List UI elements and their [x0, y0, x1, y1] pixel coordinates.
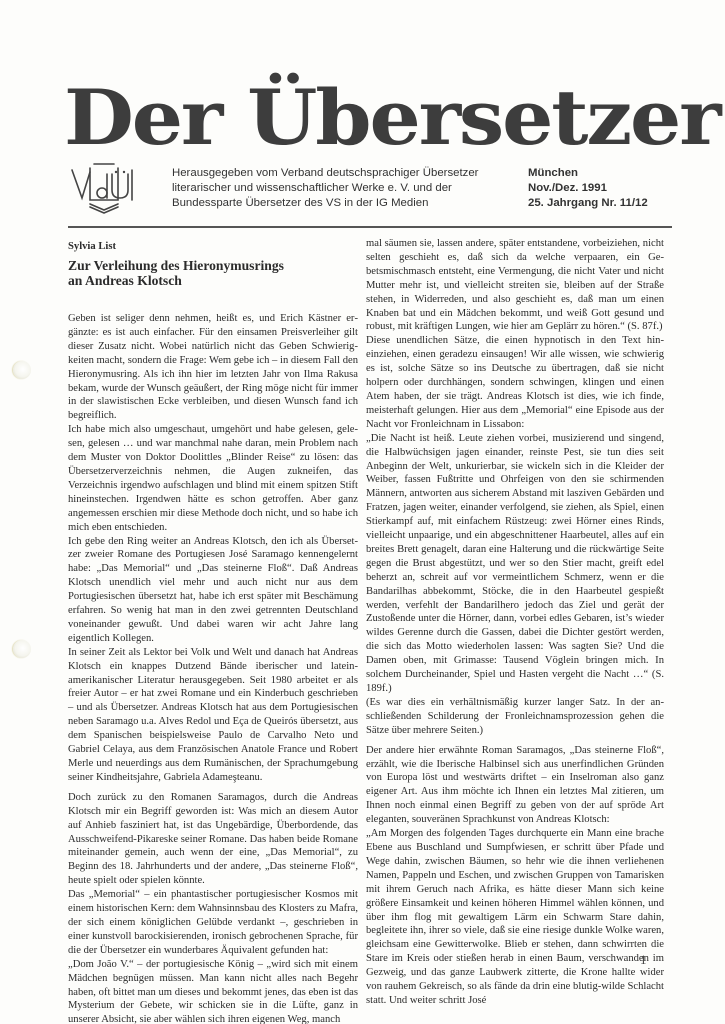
headline-line: Zur Verleihung des Hieronymusrings [68, 258, 358, 273]
article-author: Sylvia List [68, 240, 358, 253]
issue-info: München Nov./Dez. 1991 25. Jahrgang Nr. … [528, 166, 688, 211]
issue-date: Nov./Dez. 1991 [528, 181, 688, 196]
paragraph: Geben ist seliger denn nehmen, heißt es,… [68, 312, 358, 423]
paragraph: Der andere hier erwähnte Roman Saramagos… [366, 744, 664, 827]
paragraph: „Dom João V.“ – der portugiesische König… [68, 958, 358, 1024]
publisher-line: literarischer und wissenschaftlicher Wer… [172, 181, 512, 196]
punch-hole-top [13, 361, 31, 379]
paragraph: Ich habe mich also umgeschaut, umgehört … [68, 423, 358, 534]
publisher-line: Bundessparte Übersetzer des VS in der IG… [172, 196, 512, 211]
issue-city: München [528, 166, 688, 181]
header-divider [68, 226, 672, 228]
paragraph: Diese unendlichen Sätze, die einen hypno… [366, 334, 664, 431]
article-right-column: mal säumen sie, lassen andere, später en… [366, 237, 664, 1008]
paragraph: In seiner Zeit als Lektor bei Volk und W… [68, 646, 358, 785]
document-page: Der Übersetzer Herausgegeben vom Verband… [0, 0, 725, 1024]
punch-hole-bottom [13, 640, 31, 658]
paragraph: Ich gebe den Ring weiter an Andreas Klot… [68, 535, 358, 646]
article-headline: Zur Verleihung des Hieronymusrings an An… [68, 258, 358, 288]
paragraph: (Es war dies ein verhältnismäßig kurzer … [366, 696, 664, 738]
publisher-info: Herausgegeben vom Verband deutschsprachi… [172, 166, 512, 211]
publisher-line: Herausgegeben vom Verband deutschsprachi… [172, 166, 512, 181]
article-left-column: Sylvia List Zur Verleihung des Hieronymu… [68, 240, 358, 1024]
issue-number: 25. Jahrgang Nr. 11/12 [528, 196, 688, 211]
paragraph: mal säumen sie, lassen andere, später en… [366, 237, 664, 334]
paragraph: „Am Morgen des folgenden Tages durchquer… [366, 827, 664, 1008]
paragraph: „Die Nacht ist heiß. Leute ziehen vorbei… [366, 432, 664, 696]
masthead-title: Der Übersetzer [64, 78, 721, 158]
paragraph: Doch zurück zu den Romanen Saramagos, du… [68, 791, 358, 888]
page-number: 1 [640, 952, 647, 968]
vdu-logo-icon [68, 160, 146, 216]
headline-line: an Andreas Klotsch [68, 273, 358, 288]
paragraph: Das „Memorial“ – ein phantastischer port… [68, 888, 358, 958]
